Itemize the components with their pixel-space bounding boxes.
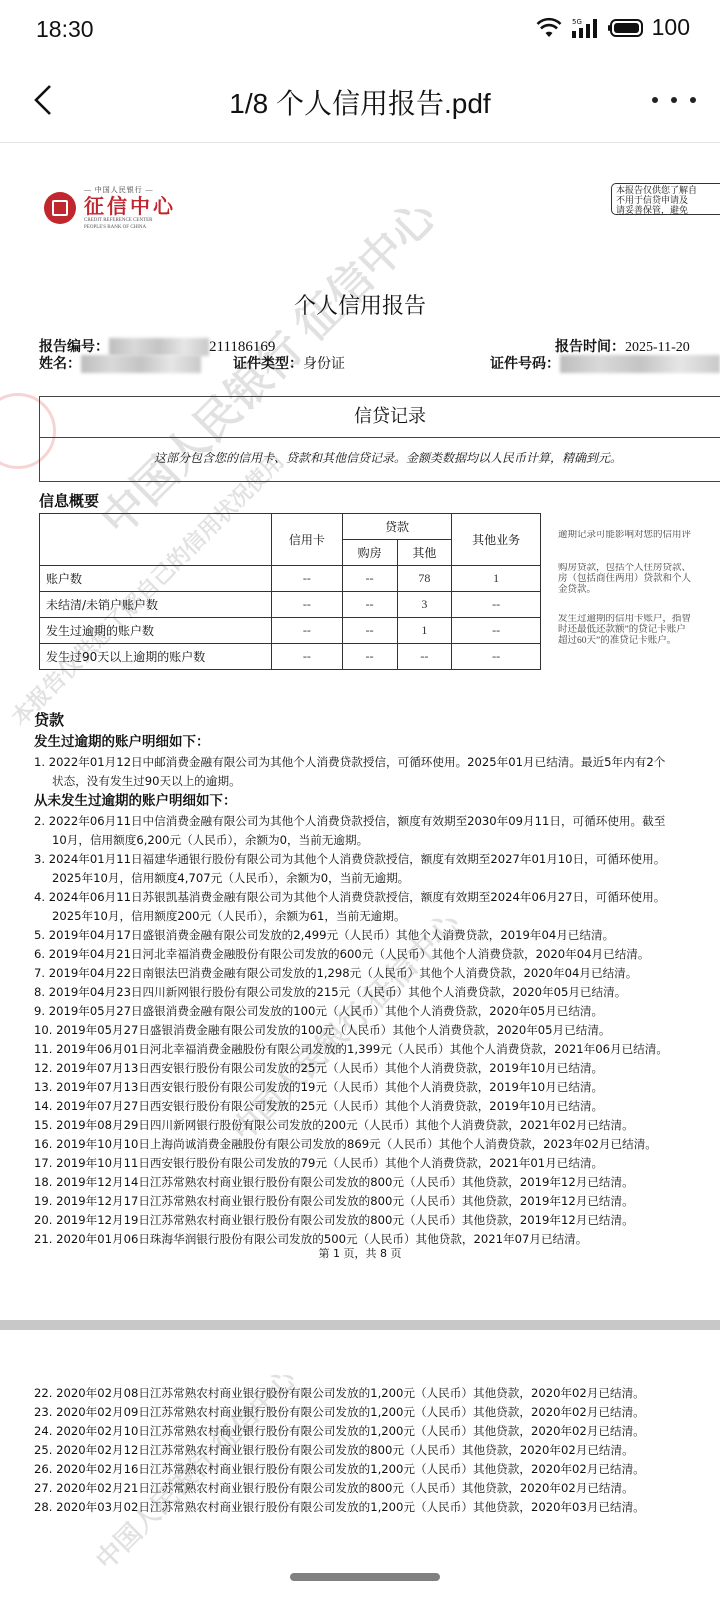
seal-icon — [44, 192, 76, 224]
item-text: 2020年03月02日江苏常熟农村商业银行股份有限公司发放的1,200元（人民币… — [56, 1500, 645, 1514]
item-number: 18. — [34, 1175, 52, 1189]
cell-credit-card: -- — [272, 566, 343, 592]
loan-item: 17. 2019年10月11日西安银行股份有限公司发放的79元（人民币）其他个人… — [34, 1154, 720, 1173]
header-other-business: 其他业务 — [452, 514, 541, 566]
cell-other: 78 — [397, 566, 452, 592]
item-number: 16. — [34, 1137, 52, 1151]
item-text-cont: 2025年10月，信用额度200元（人民币），余额为61，当前无逾期。 — [34, 907, 720, 926]
item-text: 2019年12月14日江苏常熟农村商业银行股份有限公司发放的800元（人民币）其… — [56, 1175, 634, 1189]
id-type-label: 证件类型： — [233, 356, 303, 372]
cell-other: -- — [397, 644, 452, 670]
item-number: 14. — [34, 1099, 52, 1113]
page-separator — [0, 1320, 720, 1330]
cell-other: 3 — [397, 592, 452, 618]
item-text: 2022年06月11日中信消费金融有限公司为其他个人消费贷款授信，额度有效期至2… — [49, 814, 666, 828]
side-note: 发生过逾期的信用卡账户，指曾 时还最低还款额”的贷记卡账户 超过60天”的准贷记… — [558, 614, 720, 647]
section-description: 这部分包含您的信用卡、贷款和其他信贷记录。金额类数据均以人民币计算，精确到元。 — [40, 438, 720, 481]
loan-item: 18. 2019年12月14日江苏常熟农村商业银行股份有限公司发放的800元（人… — [34, 1173, 720, 1192]
header-blank — [40, 514, 272, 566]
cell-credit-card: -- — [272, 644, 343, 670]
pdf-page-1[interactable]: 中国人民银行 征信中心 本报告仅供您了解自己的信用状况使用 中国人民银行 征信中… — [0, 143, 720, 1320]
item-number: 26. — [34, 1462, 52, 1476]
item-number: 10. — [34, 1023, 52, 1037]
loan-item: 2. 2022年06月11日中信消费金融有限公司为其他个人消费贷款授信，额度有效… — [34, 812, 720, 850]
item-number: 5. — [34, 928, 45, 942]
item-number: 1. — [34, 755, 45, 769]
loan-item: 12. 2019年07月13日西安银行股份有限公司发放的25元（人民币）其他个人… — [34, 1059, 720, 1078]
status-icons: 5G 100 — [536, 14, 690, 41]
item-number: 6. — [34, 947, 45, 961]
logo-en-line1: CREDIT REFERENCE CENTER — [84, 217, 176, 224]
loan-item: 6. 2019年04月21日河北幸福消费金融股份有限公司发放的600元（人民币）… — [34, 945, 720, 964]
item-text-cont: 2025年10月，信用额度4,707元（人民币），余额为0，当前无逾期。 — [34, 869, 720, 888]
item-text: 2019年12月17日江苏常熟农村商业银行股份有限公司发放的800元（人民币）其… — [56, 1194, 634, 1208]
side-note: 逾期记录可能影响对您的信用评 — [558, 530, 720, 541]
normal-heading: 从未发生过逾期的账户明细如下： — [34, 791, 720, 812]
item-number: 23. — [34, 1405, 52, 1419]
item-number: 3. — [34, 852, 45, 866]
summary-table: 信用卡 贷款 其他业务 购房 其他 账户数 -- -- 78 1 未结清/未销户… — [39, 513, 541, 670]
item-text: 2020年02月09日江苏常熟农村商业银行股份有限公司发放的1,200元（人民币… — [56, 1405, 645, 1419]
header-credit-card: 信用卡 — [272, 514, 343, 566]
loan-item: 11. 2019年06月01日河北幸福消费金融股份有限公司发放的1,399元（人… — [34, 1040, 720, 1059]
item-number: 2. — [34, 814, 45, 828]
item-text: 2019年04月21日河北幸福消费金融股份有限公司发放的600元（人民币）其他个… — [49, 947, 650, 961]
cell-credit-card: -- — [272, 592, 343, 618]
side-note: 购房贷款，包括个人住房贷款、 房（包括商住两用）贷款和个人 金贷款。 — [558, 563, 720, 596]
status-bar: 18:30 5G 100 — [0, 0, 720, 62]
item-number: 21. — [34, 1232, 52, 1246]
item-number: 27. — [34, 1481, 52, 1495]
cell-housing: -- — [342, 644, 397, 670]
redacted-block — [560, 355, 720, 373]
item-number: 24. — [34, 1424, 52, 1438]
loan-item: 8. 2019年04月23日四川新网银行股份有限公司发放的215元（人民币）其他… — [34, 983, 720, 1002]
loan-item: 4. 2024年06月11日苏银凯基消费金融有限公司为其他个人消费贷款授信，额度… — [34, 888, 720, 926]
cell-other-business: -- — [452, 618, 541, 644]
item-text: 2020年02月08日江苏常熟农村商业银行股份有限公司发放的1,200元（人民币… — [56, 1386, 645, 1400]
item-text: 2019年07月13日西安银行股份有限公司发放的25元（人民币）其他个人消费贷款… — [56, 1061, 603, 1075]
id-number-row: 证件号码： — [490, 353, 720, 373]
loan-item: 23. 2020年02月09日江苏常熟农村商业银行股份有限公司发放的1,200元… — [34, 1403, 720, 1422]
item-text: 2019年05月27日盛银消费金融有限公司发放的100元（人民币）其他个人消费贷… — [56, 1023, 610, 1037]
item-number: 19. — [34, 1194, 52, 1208]
loan-item: 24. 2020年02月10日江苏常熟农村商业银行股份有限公司发放的1,200元… — [34, 1422, 720, 1441]
cell-other-business: -- — [452, 644, 541, 670]
more-options-button[interactable] — [652, 82, 696, 118]
item-text: 2020年02月16日江苏常熟农村商业银行股份有限公司发放的1,200元（人民币… — [56, 1462, 645, 1476]
item-number: 15. — [34, 1118, 52, 1132]
credit-center-logo: — 中国人民银行 — 征信中心 CREDIT REFERENCE CENTER … — [44, 185, 176, 231]
loan-item: 15. 2019年08月29日四川新网银行股份有限公司发放的200元（人民币）其… — [34, 1116, 720, 1135]
item-number: 4. — [34, 890, 45, 904]
name-label: 姓名： — [39, 356, 81, 372]
more-dot-icon — [652, 97, 658, 103]
loan-item: 27. 2020年02月21日江苏常熟农村商业银行股份有限公司发放的800元（人… — [34, 1479, 720, 1498]
notice-line: 本报告仅供您了解自 — [616, 185, 720, 195]
section-title: 信贷记录 — [40, 397, 720, 438]
loan-item: 13. 2019年07月13日西安银行股份有限公司发放的19元（人民币）其他个人… — [34, 1078, 720, 1097]
item-number: 12. — [34, 1061, 52, 1075]
loan-details: 贷款 发生过逾期的账户明细如下： 1. 2022年01月12日中邮消费金融有限公… — [34, 711, 720, 1249]
item-number: 13. — [34, 1080, 52, 1094]
wifi-icon — [536, 17, 562, 39]
more-dot-icon — [671, 97, 677, 103]
loan-item: 10. 2019年05月27日盛银消费金融有限公司发放的100元（人民币）其他个… — [34, 1021, 720, 1040]
item-number: 9. — [34, 1004, 45, 1018]
id-type-row: 证件类型：身份证 — [233, 353, 345, 373]
notice-line: 不用于信贷申请及 — [616, 195, 720, 205]
table-row: 账户数 -- -- 78 1 — [40, 566, 541, 592]
loan-item: 19. 2019年12月17日江苏常熟农村商业银行股份有限公司发放的800元（人… — [34, 1192, 720, 1211]
notice-line: 请妥善保管，避免 — [616, 205, 720, 215]
loan-item: 7. 2019年04月22日南银法巴消费金融有限公司发放的1,298元（人民币）… — [34, 964, 720, 983]
item-text: 2019年10月10日上海尚诚消费金融股份有限公司发放的869元（人民币）其他个… — [56, 1137, 657, 1151]
item-text: 2019年07月27日西安银行股份有限公司发放的25元（人民币）其他个人消费贷款… — [56, 1099, 603, 1113]
item-text: 2024年01月11日福建华通银行股份有限公司为其他个人消费贷款授信，额度有效期… — [49, 852, 666, 866]
item-text: 2019年07月13日西安银行股份有限公司发放的19元（人民币）其他个人消费贷款… — [56, 1080, 603, 1094]
item-text: 2024年06月11日苏银凯基消费金融有限公司为其他个人消费贷款授信，额度有效期… — [49, 890, 666, 904]
item-number: 8. — [34, 985, 45, 999]
item-number: 22. — [34, 1386, 52, 1400]
item-text: 2020年02月10日江苏常熟农村商业银行股份有限公司发放的1,200元（人民币… — [56, 1424, 645, 1438]
id-type-value: 身份证 — [303, 356, 345, 372]
item-text: 2020年02月21日江苏常熟农村商业银行股份有限公司发放的800元（人民币）其… — [56, 1481, 634, 1495]
cell-other-business: 1 — [452, 566, 541, 592]
redacted-block — [81, 355, 201, 373]
battery-level: 100 — [652, 14, 690, 41]
item-text: 2019年10月11日西安银行股份有限公司发放的79元（人民币）其他个人消费贷款… — [56, 1156, 603, 1170]
header-housing: 购房 — [342, 540, 397, 566]
notice-box: 本报告仅供您了解自 不用于信贷申请及 请妥善保管，避免 — [611, 183, 720, 215]
item-number: 28. — [34, 1500, 52, 1514]
item-number: 25. — [34, 1443, 52, 1457]
loans-heading: 贷款 — [34, 711, 720, 730]
item-text: 2022年01月12日中邮消费金融有限公司为其他个人消费贷款授信，可循环使用。2… — [49, 755, 666, 769]
more-dot-icon — [690, 97, 696, 103]
row-label: 发生过逾期的账户数 — [40, 618, 272, 644]
cell-credit-card: -- — [272, 618, 343, 644]
overdue-heading: 发生过逾期的账户明细如下： — [34, 732, 720, 753]
cell-housing: -- — [342, 618, 397, 644]
document-title: 1/8 个人信用报告.pdf — [0, 82, 720, 122]
table-row: 发生过逾期的账户数 -- -- 1 -- — [40, 618, 541, 644]
loan-item: 28. 2020年03月02日江苏常熟农村商业银行股份有限公司发放的1,200元… — [34, 1498, 720, 1517]
item-text: 2020年01月06日珠海华润银行股份有限公司发放的500元（人民币）其他贷款，… — [56, 1232, 587, 1246]
item-number: 17. — [34, 1156, 52, 1170]
loan-item: 3. 2024年01月11日福建华通银行股份有限公司为其他个人消费贷款授信，额度… — [34, 850, 720, 888]
cell-housing: -- — [342, 592, 397, 618]
page2-loan-list: 22. 2020年02月08日江苏常熟农村商业银行股份有限公司发放的1,200元… — [34, 1384, 720, 1517]
credit-record-section: 信贷记录 这部分包含您的信用卡、贷款和其他信贷记录。金额类数据均以人民币计算，精… — [39, 396, 720, 482]
status-time: 18:30 — [36, 16, 94, 43]
loan-item: 9. 2019年05月27日盛银消费金融有限公司发放的100元（人民币）其他个人… — [34, 1002, 720, 1021]
report-title: 个人信用报告 — [0, 289, 720, 320]
item-number: 7. — [34, 966, 45, 980]
item-number: 20. — [34, 1213, 52, 1227]
cellular-5g-icon: 5G — [570, 16, 600, 40]
loan-item: 22. 2020年02月08日江苏常熟农村商业银行股份有限公司发放的1,200元… — [34, 1384, 720, 1403]
row-label: 账户数 — [40, 566, 272, 592]
item-text: 2019年12月19日江苏常熟农村商业银行股份有限公司发放的800元（人民币）其… — [56, 1213, 634, 1227]
logo-main-text: 征信中心 — [84, 195, 176, 217]
loan-item: 16. 2019年10月10日上海尚诚消费金融股份有限公司发放的869元（人民币… — [34, 1135, 720, 1154]
page-footer: 第 1 页，共 8 页 — [0, 1245, 720, 1261]
header-other: 其他 — [397, 540, 452, 566]
cell-other-business: -- — [452, 592, 541, 618]
svg-text:5G: 5G — [572, 18, 582, 26]
loan-item: 26. 2020年02月16日江苏常熟农村商业银行股份有限公司发放的1,200元… — [34, 1460, 720, 1479]
logo-en-line2: PEOPLE'S BANK OF CHINA — [84, 224, 176, 231]
loan-item: 1. 2022年01月12日中邮消费金融有限公司为其他个人消费贷款授信，可循环使… — [34, 753, 720, 791]
item-text: 2019年08月29日四川新网银行股份有限公司发放的200元（人民币）其他个人消… — [56, 1118, 634, 1132]
name-row: 姓名： — [39, 353, 201, 373]
item-text: 2020年02月12日江苏常熟农村商业银行股份有限公司发放的800元（人民币）其… — [56, 1443, 634, 1457]
home-indicator[interactable] — [290, 1573, 440, 1581]
item-number: 11. — [34, 1042, 52, 1056]
item-text: 2019年04月23日四川新网银行股份有限公司发放的215元（人民币）其他个人消… — [49, 985, 627, 999]
row-label: 未结清/未销户账户数 — [40, 592, 272, 618]
table-row: 发生过90天以上逾期的账户数 -- -- -- -- — [40, 644, 541, 670]
item-text: 2019年04月17日盛银消费金融有限公司发放的2,499元（人民币）其他个人消… — [49, 928, 614, 942]
summary-side-notes: 逾期记录可能影响对您的信用评 购房贷款，包括个人住房贷款、 房（包括商住两用）贷… — [558, 530, 720, 669]
loan-item: 5. 2019年04月17日盛银消费金融有限公司发放的2,499元（人民币）其他… — [34, 926, 720, 945]
loan-item: 14. 2019年07月27日西安银行股份有限公司发放的25元（人民币）其他个人… — [34, 1097, 720, 1116]
loan-item: 25. 2020年02月12日江苏常熟农村商业银行股份有限公司发放的800元（人… — [34, 1441, 720, 1460]
item-text: 2019年04月22日南银法巴消费金融有限公司发放的1,298元（人民币）其他个… — [49, 966, 638, 980]
item-text: 2019年05月27日盛银消费金融有限公司发放的100元（人民币）其他个人消费贷… — [49, 1004, 603, 1018]
table-row: 未结清/未销户账户数 -- -- 3 -- — [40, 592, 541, 618]
battery-icon — [608, 18, 644, 38]
id-number-label: 证件号码： — [490, 356, 560, 372]
summary-heading: 信息概要 — [39, 490, 99, 511]
normal-loan-list: 2. 2022年06月11日中信消费金融有限公司为其他个人消费贷款授信，额度有效… — [34, 812, 720, 1249]
item-text-cont: 10月，信用额度6,200元（人民币），余额为0，当前无逾期。 — [34, 831, 720, 850]
cell-housing: -- — [342, 566, 397, 592]
cell-other: 1 — [397, 618, 452, 644]
item-text: 2019年06月01日河北幸福消费金融股份有限公司发放的1,399元（人民币）其… — [56, 1042, 668, 1056]
loan-item: 20. 2019年12月19日江苏常熟农村商业银行股份有限公司发放的800元（人… — [34, 1211, 720, 1230]
pdf-page-2[interactable]: 中国人民银行 征信中心 22. 2020年02月08日江苏常熟农村商业银行股份有… — [0, 1330, 720, 1600]
item-text-cont: 状态，没有发生过90天以上的逾期。 — [34, 772, 720, 791]
row-label: 发生过90天以上逾期的账户数 — [40, 644, 272, 670]
header-loan: 贷款 — [342, 514, 452, 540]
app-bar: 1/8 个人信用报告.pdf — [0, 62, 720, 143]
